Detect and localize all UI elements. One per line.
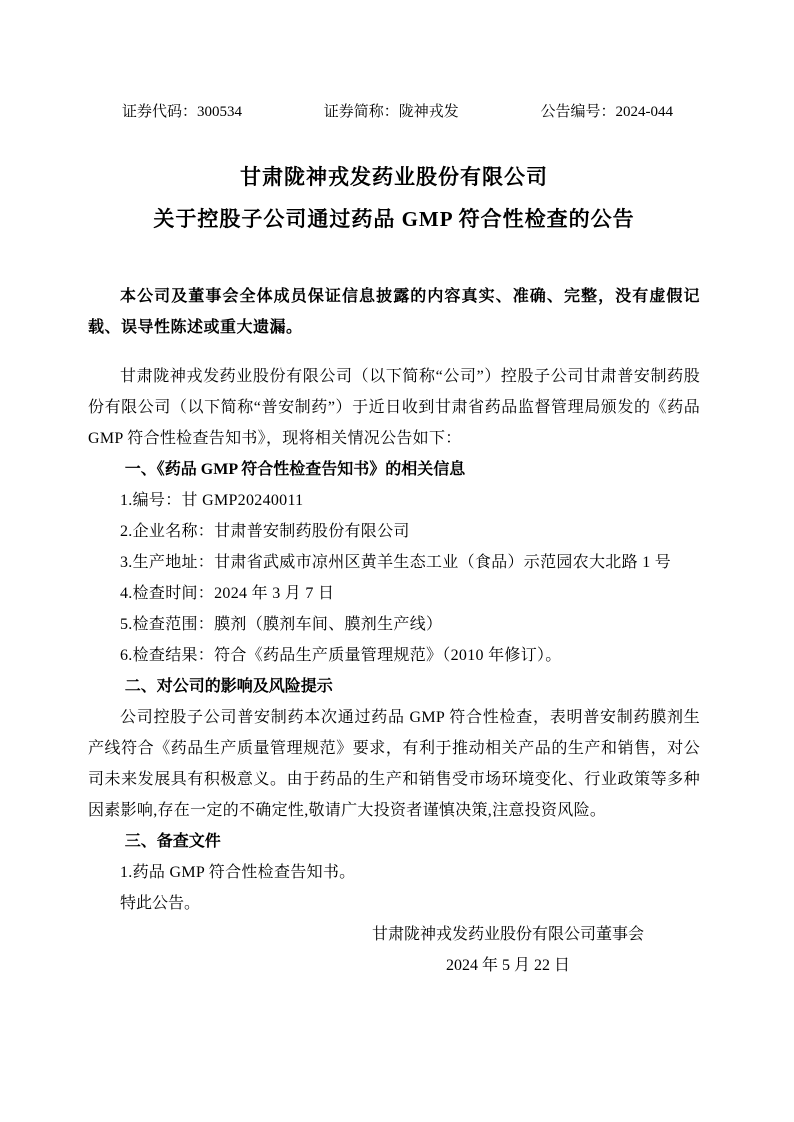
company-title: 甘肃陇神戎发药业股份有限公司 (88, 156, 700, 198)
stock-name-value: 陇神戎发 (399, 104, 459, 120)
section-3-heading: 三、备查文件 (88, 826, 700, 857)
stock-code: 证券代码：300534 (122, 102, 242, 122)
section-1-item-6: 6.检查结果：符合《药品生产质量管理规范》（2010 年修订）。 (88, 640, 700, 671)
section-2-paragraph: 公司控股子公司普安制药本次通过药品 GMP 符合性检查，表明普安制药膜剂生产线符… (88, 702, 700, 826)
securities-header-row: 证券代码：300534 证券简称：陇神戎发 公告编号：2024-044 (88, 102, 700, 122)
section-1-heading: 一、《药品 GMP 符合性检查告知书》的相关信息 (88, 454, 700, 485)
section-1-item-3: 3.生产地址：甘肃省武威市凉州区黄羊生态工业（食品）示范园农大北路 1 号 (88, 547, 700, 578)
stock-code-value: 300534 (197, 104, 242, 120)
announcement-title: 关于控股子公司通过药品 GMP 符合性检查的公告 (88, 198, 700, 240)
stock-name-label: 证券简称： (324, 104, 399, 120)
closing-statement: 特此公告。 (88, 888, 700, 919)
section-3-item-1: 1.药品 GMP 符合性检查告知书。 (88, 857, 700, 888)
section-1-item-5: 5.检查范围：膜剂（膜剂车间、膜剂生产线） (88, 609, 700, 640)
announcement-number-label: 公告编号： (540, 104, 615, 120)
section-1-item-2: 2.企业名称：甘肃普安制药股份有限公司 (88, 516, 700, 547)
announcement-page: 证券代码：300534 证券简称：陇神戎发 公告编号：2024-044 甘肃陇神… (0, 0, 794, 1122)
signature-block: 甘肃陇神戎发药业股份有限公司董事会 2024 年 5 月 22 日 (372, 919, 644, 981)
stock-name: 证券简称：陇神戎发 (324, 102, 459, 122)
section-1-item-4: 4.检查时间：2024 年 3 月 7 日 (88, 578, 700, 609)
announcement-number: 公告编号：2024-044 (540, 102, 673, 122)
intro-paragraph: 甘肃陇神戎发药业股份有限公司（以下简称“公司”）控股子公司甘肃普安制药股份有限公… (88, 361, 700, 454)
announcement-number-value: 2024-044 (616, 104, 674, 120)
section-2-heading: 二、对公司的影响及风险提示 (88, 671, 700, 702)
board-guarantee-notice: 本公司及董事会全体成员保证信息披露的内容真实、准确、完整，没有虚假记载、误导性陈… (88, 281, 700, 343)
signature-company: 甘肃陇神戎发药业股份有限公司董事会 (372, 919, 644, 950)
stock-code-label: 证券代码： (122, 104, 197, 120)
section-1-item-1: 1.编号：甘 GMP20240011 (88, 485, 700, 516)
signature-date: 2024 年 5 月 22 日 (372, 950, 644, 981)
